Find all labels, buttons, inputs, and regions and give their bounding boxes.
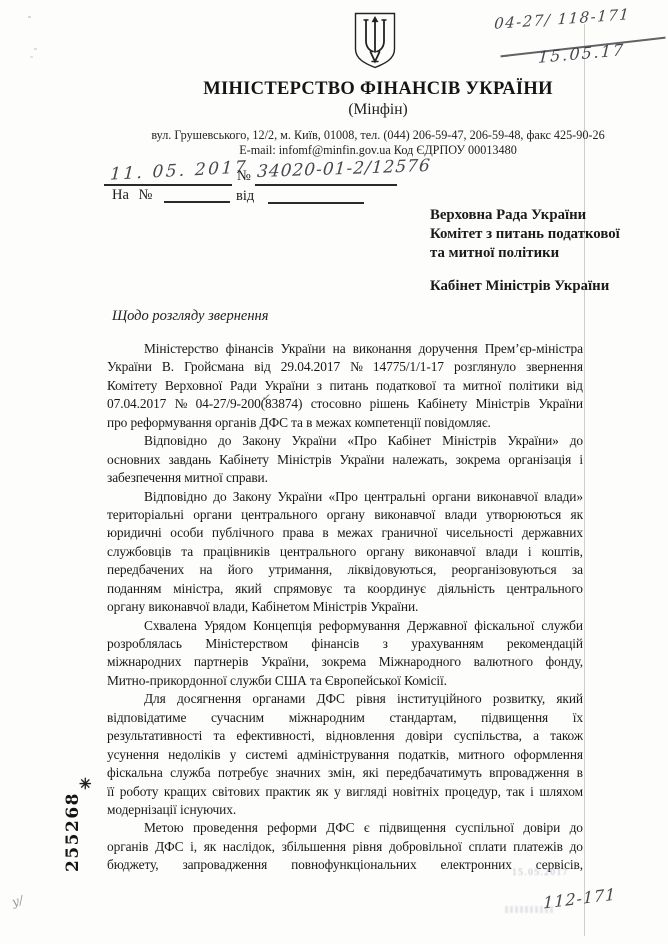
body-line: ДлядосягненняорганамиДФСрівняінституційн… [107, 690, 583, 708]
date-underline [104, 184, 232, 186]
subject-line: Щодо розгляду звернення [112, 308, 268, 325]
body-line: органу виконавчої влади, Кабінетом Мініс… [107, 598, 583, 616]
body-line: МіністерствофінансівУкраїнинавиконаннядо… [107, 340, 583, 358]
body-line: основнихзавданьКабінетуМіністрівУкраїнин… [107, 451, 583, 469]
body-line: ВідповіднодоЗаконуУкраїни«ПроКабінетМіні… [107, 432, 583, 450]
faint-date-stamp: 15.05.2017 [512, 868, 662, 878]
body-line: розробляласьМіністерствомфінансівзурахув… [107, 635, 583, 653]
body-line: МетоюпроведенняреформиДФСєпідвищеннясусп… [107, 819, 583, 837]
body-line: їїроботукращихсвітовихпрактикякувиглядін… [107, 783, 583, 801]
contact-line: E-mail: infomf@minfin.gov.ua Код ЄДРПОУ … [88, 143, 668, 158]
body-line: КомітетуВерховноїРадиУкраїнизпитаньподат… [107, 377, 583, 395]
body-line: відповідатимесучаснимміжнароднимстандарт… [107, 709, 583, 727]
body-line: СхваленаУрядомКонцепціяреформуванняДержа… [107, 617, 583, 635]
handwritten-outgoing-number: 34020-01-2/12576 [256, 156, 431, 182]
body-line: поданнямміністра,якийспрямовуєтакоордину… [107, 580, 583, 598]
body-line: фіскальнаслужбапотребуєзначнихзмін,якіпе… [107, 764, 583, 782]
recipient-block-cabinet: Кабінет Міністрів України [430, 277, 665, 296]
recipient-line: Кабінет Міністрів України [430, 277, 665, 296]
body-line: про реформування органів ДФС та в межах … [107, 414, 583, 432]
body-line: службовцівтапрацівниківцентральногоорган… [107, 543, 583, 561]
body-line: 07.04.2017№04-27/9-200(83874)стосовноріш… [107, 395, 583, 413]
handwritten-registration-date: 15.05.17 [538, 40, 626, 67]
handwritten-letter-date: 11. 05. 2017 [110, 157, 249, 184]
body-line: ВідповіднодоЗаконуУкраїни«Процентральніо… [107, 488, 583, 506]
letter-body: МіністерствофінансівУкраїнинавиконаннядо… [107, 340, 583, 875]
paper-fold-line [584, 24, 585, 936]
ministry-short-name: (Мінфін) [88, 101, 668, 119]
registration-stamp-number: 255268 [63, 787, 83, 877]
reply-number-blank-underline [164, 201, 230, 203]
address-line: вул. Грушевського, 12/2, м. Київ, 01008,… [88, 128, 668, 143]
body-line: усуненнянедоліківусистеміадміністрування… [107, 746, 583, 764]
body-line: модернізації існуючих. [107, 801, 583, 819]
recipient-line: та митної політики [430, 244, 665, 263]
number-underline [255, 184, 397, 186]
body-line: територіальніорганицентральногоорганувик… [107, 506, 583, 524]
body-line: органівДФСі,якнаслідок,збільшеннярівнядо… [107, 838, 583, 856]
handwritten-bottom-right-number: 112-171 [543, 884, 616, 912]
reply-to-number-label: На № [112, 187, 152, 204]
body-line: результативностітаефективності,відновлен… [107, 727, 583, 745]
ukraine-trident-icon [352, 11, 398, 70]
letter-document: 04-27/ 118-171 15.05.17 МІНІСТЕРСТВО ФІН… [0, 0, 668, 944]
bottom-left-pen-mark: у/ [10, 893, 24, 909]
body-line: УкраїниВ.Гройсманавід29.04.2017№14775/1/… [107, 358, 583, 376]
reply-date-label: від [236, 188, 254, 205]
body-line: забезпечення митної справи. [107, 469, 583, 487]
number-sign-label: № [237, 168, 251, 185]
body-line: міжнароднихпартнерівУкраїни,зокремаМіжна… [107, 653, 583, 671]
body-line: Митно-прикордонної служби США та Європей… [107, 672, 583, 690]
pen-tick-mark: ✓ [261, 390, 272, 404]
ministry-title: МІНІСТЕРСТВО ФІНАНСІВ УКРАЇНИ [88, 79, 668, 100]
letterhead: МІНІСТЕРСТВО ФІНАНСІВ УКРАЇНИ (Мінфін) в… [88, 79, 668, 158]
handwritten-registration-number: 04-27/ 118-171 [494, 5, 631, 33]
recipient-line: Верховна Рада України [430, 206, 665, 225]
body-line: юридичніособипублічногоправавмежахгранич… [107, 524, 583, 542]
recipient-line: Комітет з питань податкової [430, 225, 665, 244]
reply-date-blank-underline [268, 202, 364, 204]
body-line: передбаченихнайогоутримання,ліквідовують… [107, 561, 583, 579]
recipient-block-parliament: Верховна Рада УкраїниКомітет з питань по… [430, 206, 665, 262]
scan-noise [28, 16, 31, 18]
